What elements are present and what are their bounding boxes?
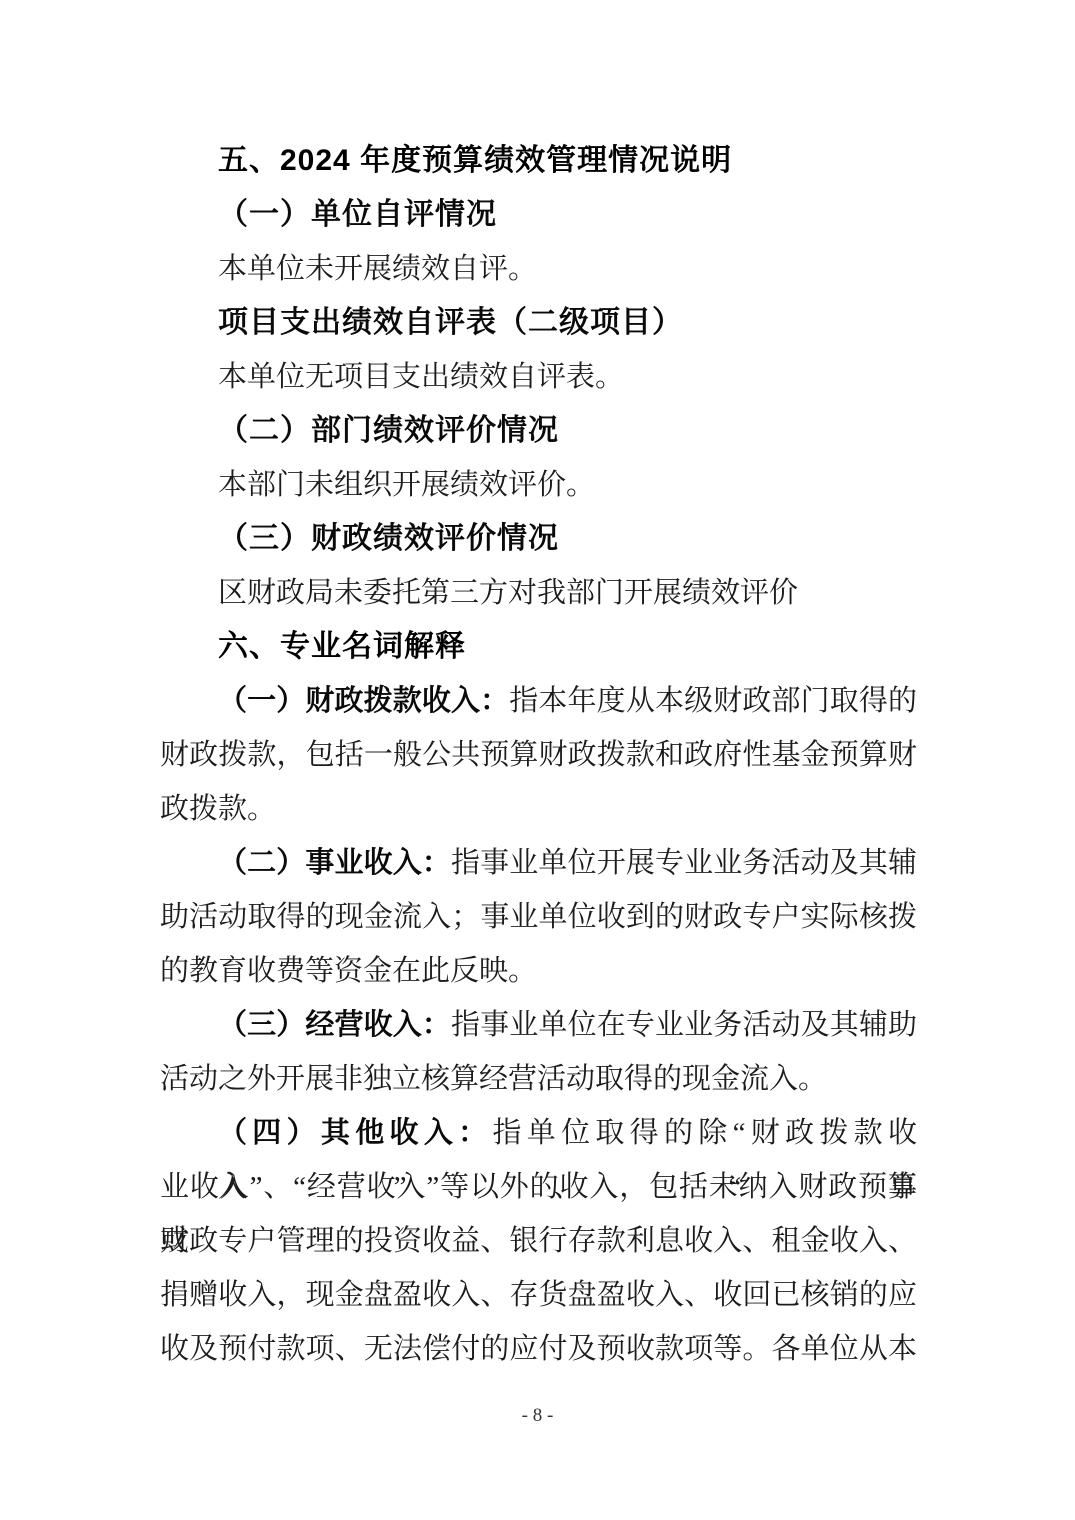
term-1-text-1: 指本年度从本级财政部门取得的 xyxy=(509,685,917,717)
project-self-eval-table-heading: 项目支出绩效自评表（二级项目） xyxy=(160,296,917,350)
term-2-text-1: 指事业单位开展专业业务活动及其辅 xyxy=(451,847,917,879)
term-3-text-1: 指事业单位在专业业务活动及其辅助 xyxy=(451,1009,917,1041)
section-5-2-heading: （二）部门绩效评价情况 xyxy=(160,404,917,458)
section-5-1-heading: （一）单位自评情况 xyxy=(160,188,917,242)
term-2-lead: （二）事业收入： xyxy=(218,847,451,879)
chapter-5-heading: 五、2024 年度预算绩效管理情况说明 xyxy=(160,134,917,188)
term-4-line-4: 捐赠收入，现金盘盈收入、存货盘盈收入、收回已核销的应 xyxy=(160,1268,917,1322)
section-5-2-body: 本部门未组织开展绩效评价。 xyxy=(160,458,917,512)
term-3-line-2: 活动之外开展非独立核算经营活动取得的现金流入。 xyxy=(160,1052,917,1106)
term-2-line-1: （二）事业收入：指事业单位开展专业业务活动及其辅 xyxy=(160,836,917,890)
term-2-line-3: 的教育收费等资金在此反映。 xyxy=(160,944,917,998)
page-content: 五、2024 年度预算绩效管理情况说明 （一）单位自评情况 本单位未开展绩效自评… xyxy=(160,134,917,1376)
term-4-line-1: （四）其他收入：指单位取得的除“财政拨款收入”、“事 xyxy=(160,1106,917,1160)
chapter-6-heading: 六、专业名词解释 xyxy=(160,620,917,674)
term-3-line-1: （三）经营收入：指事业单位在专业业务活动及其辅助 xyxy=(160,998,917,1052)
term-4-line-2: 业收入”、“经营收入”等以外的收入，包括未纳入财政预算或 xyxy=(160,1160,917,1214)
section-5-1-body: 本单位未开展绩效自评。 xyxy=(160,242,917,296)
term-1-lead: （一）财政拨款收入： xyxy=(218,685,509,717)
section-5-3-heading: （三）财政绩效评价情况 xyxy=(160,512,917,566)
term-1-line-2: 财政拨款，包括一般公共预算财政拨款和政府性基金预算财 xyxy=(160,728,917,782)
term-4-line-3: 财政专户管理的投资收益、银行存款利息收入、租金收入、 xyxy=(160,1214,917,1268)
term-3-lead: （三）经营收入： xyxy=(218,1009,451,1041)
document-page: 五、2024 年度预算绩效管理情况说明 （一）单位自评情况 本单位未开展绩效自评… xyxy=(0,0,1075,1520)
term-1-line-1: （一）财政拨款收入：指本年度从本级财政部门取得的 xyxy=(160,674,917,728)
term-4-lead: （四）其他收入： xyxy=(218,1117,492,1149)
term-4-line-5: 收及预付款项、无法偿付的应付及预收款项等。各单位从本 xyxy=(160,1322,917,1376)
term-2-line-2: 助活动取得的现金流入；事业单位收到的财政专户实际核拨 xyxy=(160,890,917,944)
term-1-line-3: 政拨款。 xyxy=(160,782,917,836)
project-self-eval-table-body: 本单位无项目支出绩效自评表。 xyxy=(160,350,917,404)
page-number: - 8 - xyxy=(0,1402,1075,1430)
section-5-3-body: 区财政局未委托第三方对我部门开展绩效评价 xyxy=(160,566,917,620)
